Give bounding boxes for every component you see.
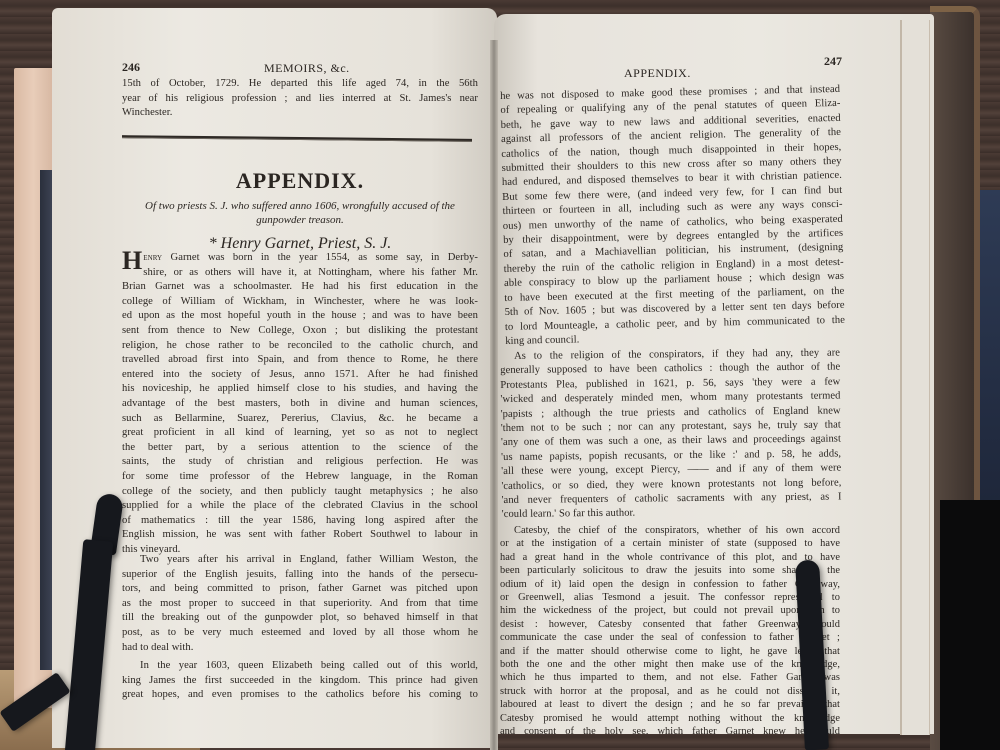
text-line: him the wickedness of the project, but c… [500,604,840,617]
first-line-rest: Garnet was born in the year 1554, as som… [162,252,478,263]
text-line: struck with horror at the proposal, and … [500,685,840,698]
text-line: had a great hand in the whole contrivanc… [500,551,840,564]
text-line: post, as to be very much esteemed and lo… [122,626,478,641]
text-line: supplied for a while the place of the cl… [122,499,478,514]
text-line: and consent of the holy see, which fathe… [500,725,840,734]
text-line: till the breaking out of the gunpowder p… [122,611,478,626]
text-line: saints, the study of christian and relig… [122,455,478,470]
text-line: superior of the English jesuits, falling… [122,568,478,583]
text-line: been particularly solicitous to draw the… [500,564,840,577]
text-line: college of the society, and then publicl… [122,485,478,500]
text-line: desist : however, Catesby consented that… [500,618,840,631]
right-paragraph-2: As to the religion of the conspirators, … [500,346,842,522]
left-page: 246 MEMOIRS, &c. 15th of October, 1729. … [52,8,497,748]
text-line: the better part, by a serious attention … [122,441,478,456]
running-head-left: MEMOIRS, &c. [264,61,350,76]
page-edge-stack-right [900,20,930,735]
text-line: king James the first succeeded in the ki… [122,674,478,689]
drop-cap: H [122,251,142,271]
text-line: sent from thence to New College, Oxon ; … [122,324,478,339]
text-line: or at the instigation of a certain minis… [500,537,840,550]
text-line: such as Bellarmine, Suarez, Pererius, Cl… [122,412,478,427]
text-line: which he thus imparted to them, and not … [500,671,840,684]
right-paragraph-1: he was not disposed to make good these p… [500,83,845,349]
book-gutter [490,40,498,750]
right-paragraph-3: Catesby, the chief of the conspirators, … [500,524,840,734]
page-number-right: 247 [824,54,842,69]
text-line: college of William of Wickham, in Winche… [122,295,478,310]
text-line: great hopes, and even promises to the ca… [122,688,478,703]
text-line: of mathematics : till the year 1586, hav… [122,514,478,529]
appendix-subtitle: Of two priests S. J. who suffered anno 1… [112,199,488,227]
running-head-right: APPENDIX. [624,66,691,81]
section-divider-rule [122,135,472,142]
text-line: his noviceship, he applied himself close… [122,382,478,397]
page-number-left: 246 [122,60,140,75]
text-line: great proficient in all kind of learning… [122,426,478,441]
text-line: had to deal with. [122,641,478,656]
text-line: Two years after his arrival in England, … [122,553,478,568]
carryover-text: 15th of October, 1729. He departed this … [122,77,478,121]
text-line: shire, or as others will have it, at Not… [122,266,478,281]
first-word: enry [143,252,162,263]
text-line: year of his religious profession ; and l… [122,92,478,107]
text-line: tors, and being committed to prison, fat… [122,582,478,597]
text-line: ed upon as the most hopeful youth in the… [122,309,478,324]
text-line: Winchester. [122,106,478,121]
text-line: for some time professor of the Hebrew la… [122,470,478,485]
text-line: travelled abroad first into Spain, and f… [122,353,478,368]
text-line: advantage of the best masters, both in d… [122,397,478,412]
text-line: In the year 1603, queen Elizabeth being … [122,659,478,674]
text-line: laboured at least to divert the design ;… [500,698,840,711]
right-page: APPENDIX. 247 he was not disposed to mak… [494,14,934,734]
text-line: and if the matter should otherwise come … [500,645,840,658]
text-line: Catesby, the chief of the conspirators, … [500,524,840,537]
text-line: entered into the society of Jesus, anno … [122,368,478,383]
text-line-first: Henry Garnet was born in the year 1554, … [122,251,478,266]
text-line: English mission, he was sent with father… [122,528,478,543]
paragraph-3: In the year 1603, queen Elizabeth being … [122,659,478,703]
paragraph-2: Two years after his arrival in England, … [122,553,478,655]
text-line: 'could learn.' So far this author. [502,505,842,523]
subtitle-line: gunpowder treason. [112,213,488,227]
text-line: 15th of October, 1729. He departed this … [122,77,478,92]
text-line: odium of it) laid open the design in con… [500,578,840,591]
text-line: both the one and the other might then ma… [500,658,840,671]
subtitle-line: Of two priests S. J. who suffered anno 1… [112,199,488,213]
paragraph-1: Henry Garnet was born in the year 1554, … [122,251,478,557]
text-line: Catesby promised he would attempt nothin… [500,712,840,725]
text-line: communicate the case under the seal of c… [500,631,840,644]
dark-shadow-right [940,500,1000,750]
text-line: or Greenwell, alias Tesmond a jesuit. Th… [500,591,840,604]
text-line: Brian Garnet was a schoolmaster. He had … [122,280,478,295]
text-line: as the most proper to succeed in that su… [122,597,478,612]
appendix-title: APPENDIX. [122,168,478,194]
text-line: religion, he chose rather to be reconcil… [122,339,478,354]
